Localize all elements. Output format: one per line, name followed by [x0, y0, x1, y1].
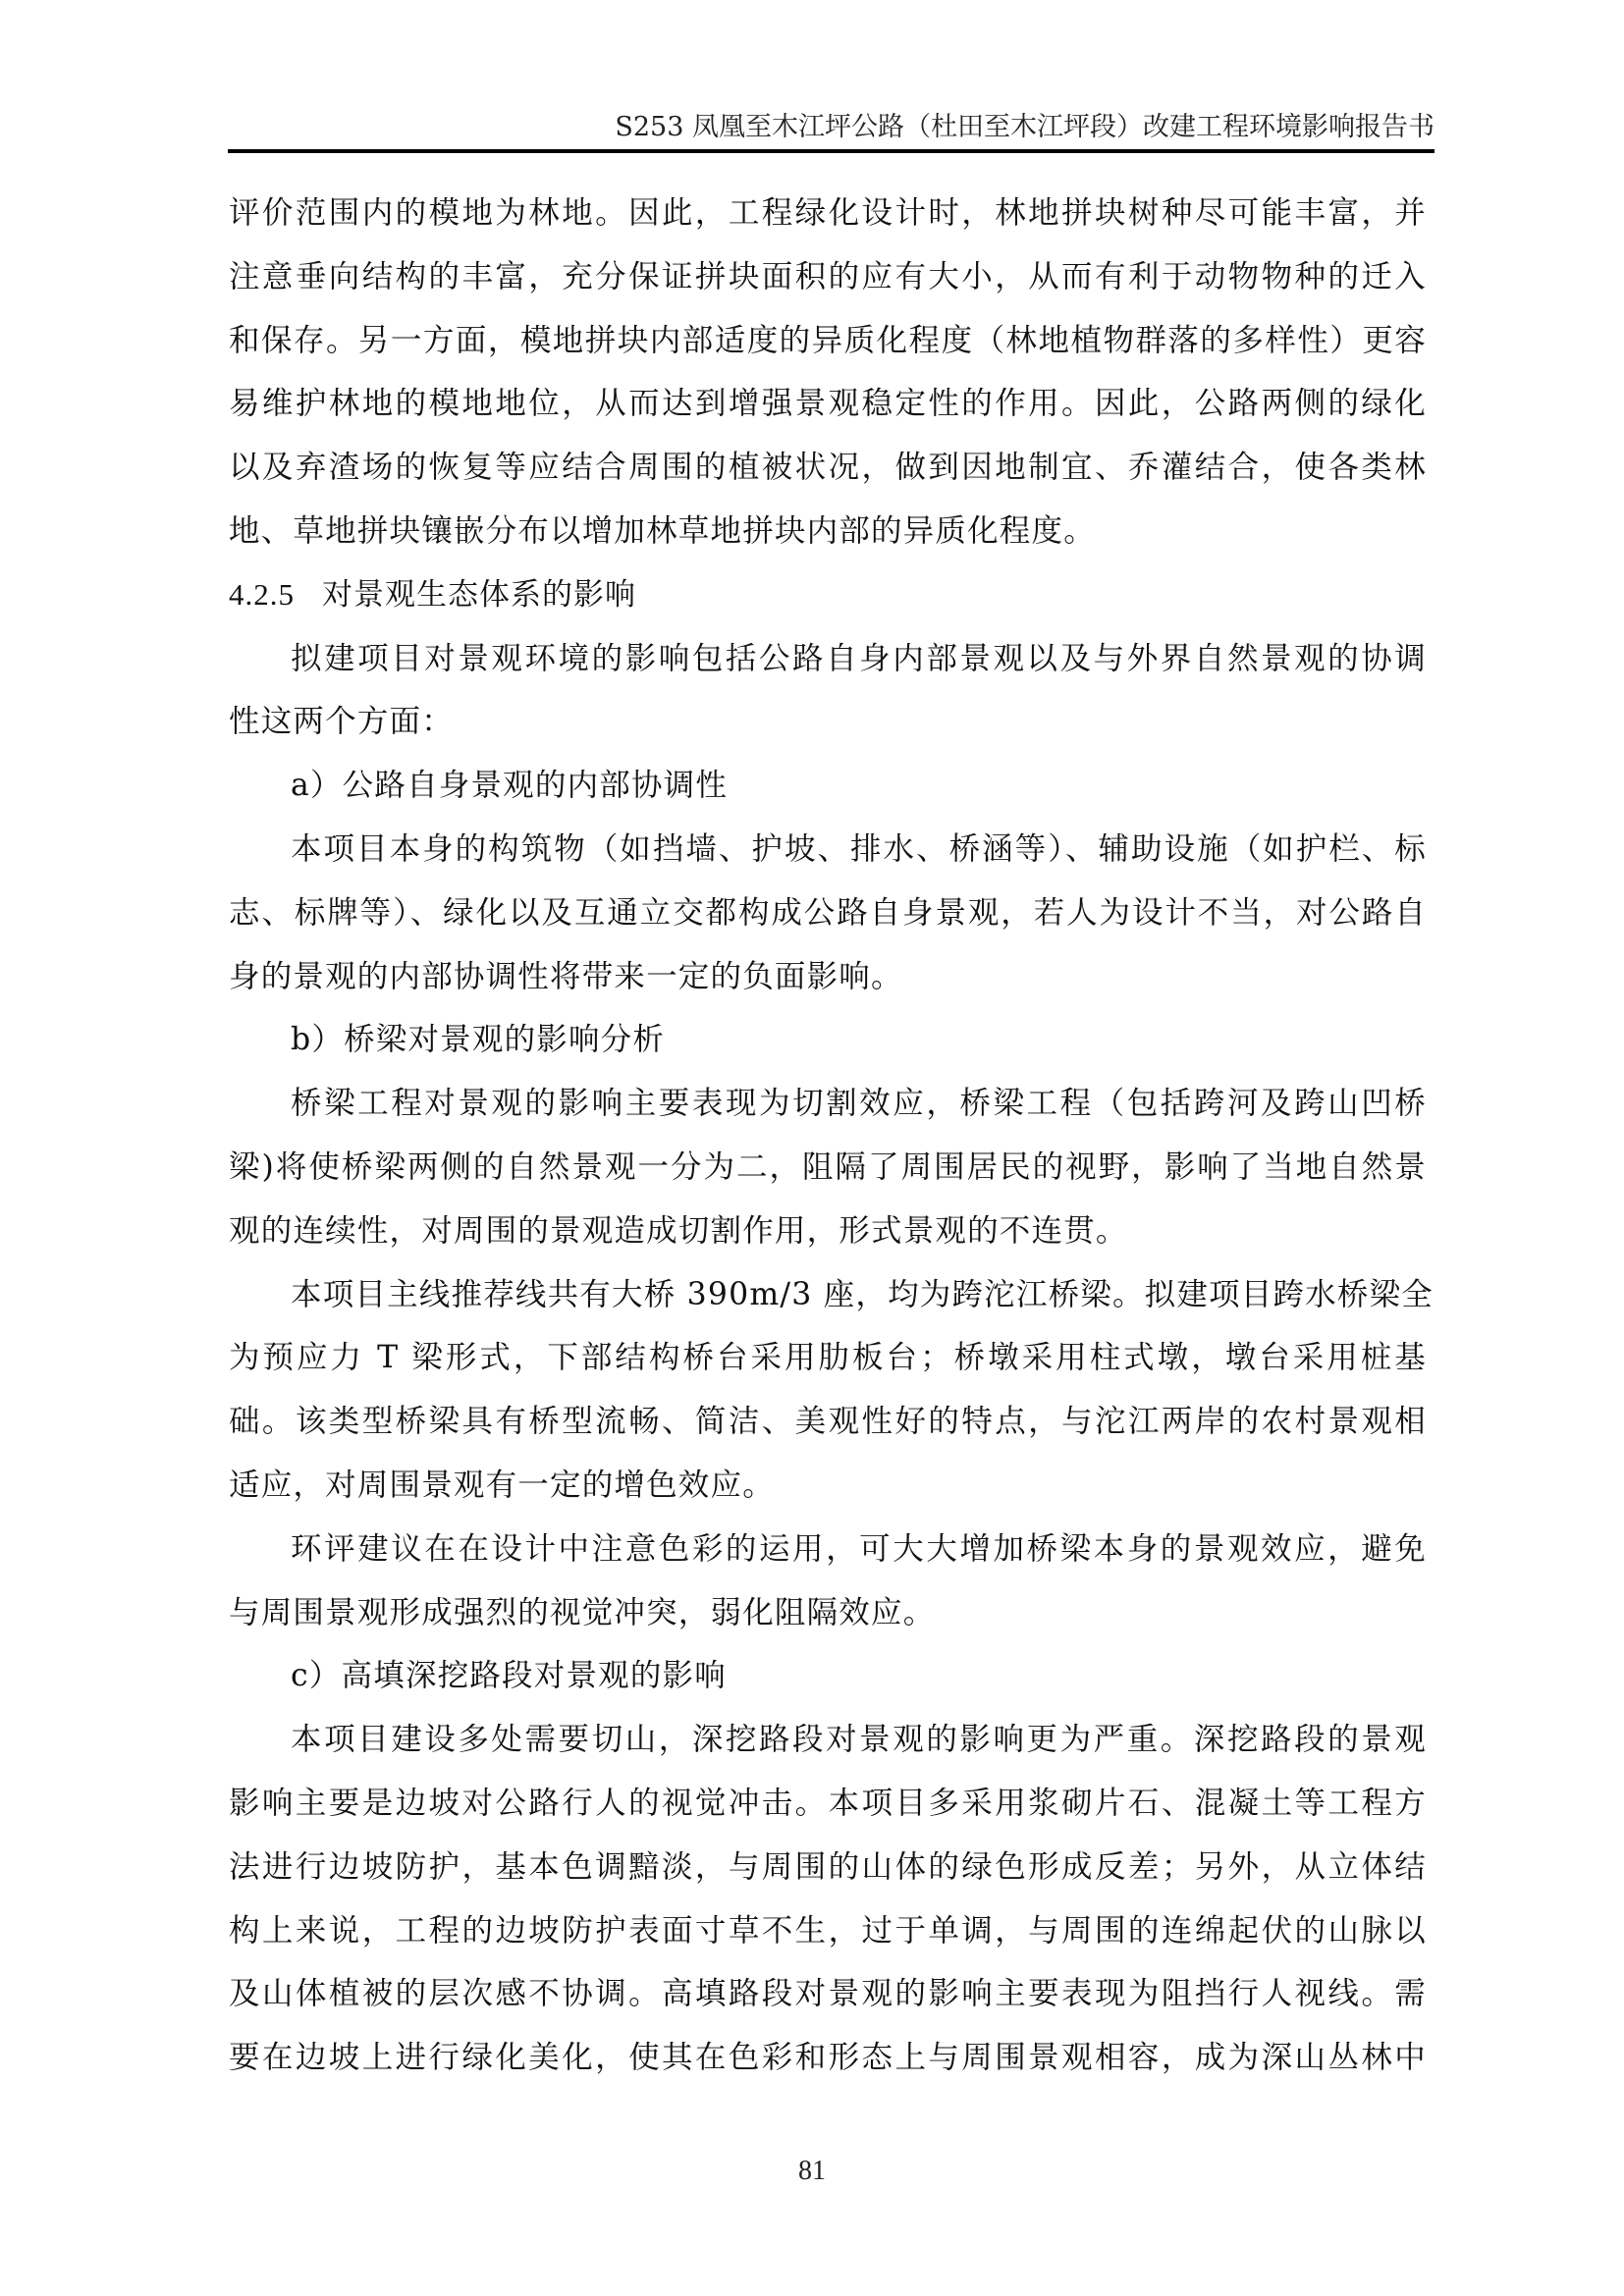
text-line: 法进行边坡防护，基本色调黯淡，与周围的山体的绿色形成反差；另外，从立体结 — [229, 1836, 1427, 1899]
running-header: S253 凤凰至木江坪公路（杜田至木江坪段）改建工程环境影响报告书 — [228, 110, 1435, 151]
text-line: 本项目主线推荐线共有大桥 390m/3 座，均为跨沱江桥梁。拟建项目跨水桥梁全 — [229, 1263, 1427, 1327]
text-line: 和保存。另一方面，模地拼块内部适度的异质化程度（林地植物群落的多样性）更容 — [229, 309, 1427, 373]
text-line: 观的连续性，对周围的景观造成切割作用，形式景观的不连贯。 — [229, 1200, 1427, 1263]
text-line: 梁)将使桥梁两侧的自然景观一分为二，阻隔了周围居民的视野，影响了当地自然景 — [229, 1136, 1427, 1200]
header-rule — [228, 149, 1435, 153]
text-line: 构上来说，工程的边坡防护表面寸草不生，过于单调，与周围的连绵起伏的山脉以 — [229, 1899, 1427, 1963]
text-line: 为预应力 T 梁形式，下部结构桥台采用肋板台；桥墩采用柱式墩，墩台采用桩基 — [229, 1326, 1427, 1390]
text-line: 易维护林地的模地地位，从而达到增强景观稳定性的作用。因此，公路两侧的绿化 — [229, 372, 1427, 436]
text-line: 身的景观的内部协调性将带来一定的负面影响。 — [229, 945, 1427, 1009]
text-line: 拟建项目对景观环境的影响包括公路自身内部景观以及与外界自然景观的协调 — [229, 627, 1427, 691]
paragraph-b2: 本项目主线推荐线共有大桥 390m/3 座，均为跨沱江桥梁。拟建项目跨水桥梁全 … — [229, 1263, 1427, 1518]
text-line: 与周围景观形成强烈的视觉冲突，弱化阻隔效应。 — [229, 1581, 1427, 1645]
text-line: 要在边坡上进行绿化美化，使其在色彩和形态上与周围景观相容，成为深山丛林中 — [229, 2026, 1427, 2090]
text-line: 环评建议在在设计中注意色彩的运用，可大大增加桥梁本身的景观效应，避免 — [229, 1518, 1427, 1581]
subheading-a: a）公路自身景观的内部协调性 — [229, 754, 1427, 818]
paragraph-c: 本项目建设多处需要切山，深挖路段对景观的影响更为严重。深挖路段的景观 影响主要是… — [229, 1708, 1427, 2090]
text-line: 注意垂向结构的丰富，充分保证拼块面积的应有大小，从而有利于动物物种的迁入 — [229, 245, 1427, 309]
text-line: 志、标牌等）、绿化以及互通立交都构成公路自身景观，若人为设计不当，对公路自 — [229, 881, 1427, 945]
text-line: 以及弃渣场的恢复等应结合周围的植被状况，做到因地制宜、乔灌结合，使各类林 — [229, 436, 1427, 500]
text-line: 地、草地拼块镶嵌分布以增加林草地拼块内部的异质化程度。 — [229, 500, 1427, 563]
page-body: 评价范围内的模地为林地。因此，工程绿化设计时，林地拼块树种尽可能丰富，并 注意垂… — [229, 182, 1427, 2090]
page-number: 81 — [0, 2156, 1624, 2187]
text-line: 及山体植被的层次感不协调。高填路段对景观的影响主要表现为阻挡行人视线。需 — [229, 1962, 1427, 2026]
text-line: 评价范围内的模地为林地。因此，工程绿化设计时，林地拼块树种尽可能丰富，并 — [229, 182, 1427, 245]
section-title: 对景观生态体系的影响 — [322, 577, 636, 613]
paragraph-b1: 桥梁工程对景观的影响主要表现为切割效应，桥梁工程（包括跨河及跨山凹桥 梁)将使桥… — [229, 1072, 1427, 1262]
text-line: 本项目本身的构筑物（如挡墙、护坡、排水、桥涵等）、辅助设施（如护栏、标 — [229, 818, 1427, 881]
text-line: 桥梁工程对景观的影响主要表现为切割效应，桥梁工程（包括跨河及跨山凹桥 — [229, 1072, 1427, 1136]
subheading-b: b）桥梁对景观的影响分析 — [229, 1008, 1427, 1072]
text-line: 本项目建设多处需要切山，深挖路段对景观的影响更为严重。深挖路段的景观 — [229, 1708, 1427, 1772]
text-line: 性这两个方面： — [229, 690, 1427, 754]
paragraph-intro: 拟建项目对景观环境的影响包括公路自身内部景观以及与外界自然景观的协调 性这两个方… — [229, 627, 1427, 755]
paragraph-a: 本项目本身的构筑物（如挡墙、护坡、排水、桥涵等）、辅助设施（如护栏、标 志、标牌… — [229, 818, 1427, 1008]
section-number: 4.2.5 — [229, 577, 295, 612]
paragraph-landscape-matrix: 评价范围内的模地为林地。因此，工程绿化设计时，林地拼块树种尽可能丰富，并 注意垂… — [229, 182, 1427, 563]
subheading-c: c）高填深挖路段对景观的影响 — [229, 1644, 1427, 1708]
text-line: 础。该类型桥梁具有桥型流畅、简洁、美观性好的特点，与沱江两岸的农村景观相 — [229, 1390, 1427, 1454]
section-heading: 4.2.5对景观生态体系的影响 — [229, 563, 1427, 627]
text-line: 适应，对周围景观有一定的增色效应。 — [229, 1454, 1427, 1518]
text-line: 影响主要是边坡对公路行人的视觉冲击。本项目多采用浆砌片石、混凝土等工程方 — [229, 1772, 1427, 1836]
paragraph-b3: 环评建议在在设计中注意色彩的运用，可大大增加桥梁本身的景观效应，避免 与周围景观… — [229, 1518, 1427, 1645]
